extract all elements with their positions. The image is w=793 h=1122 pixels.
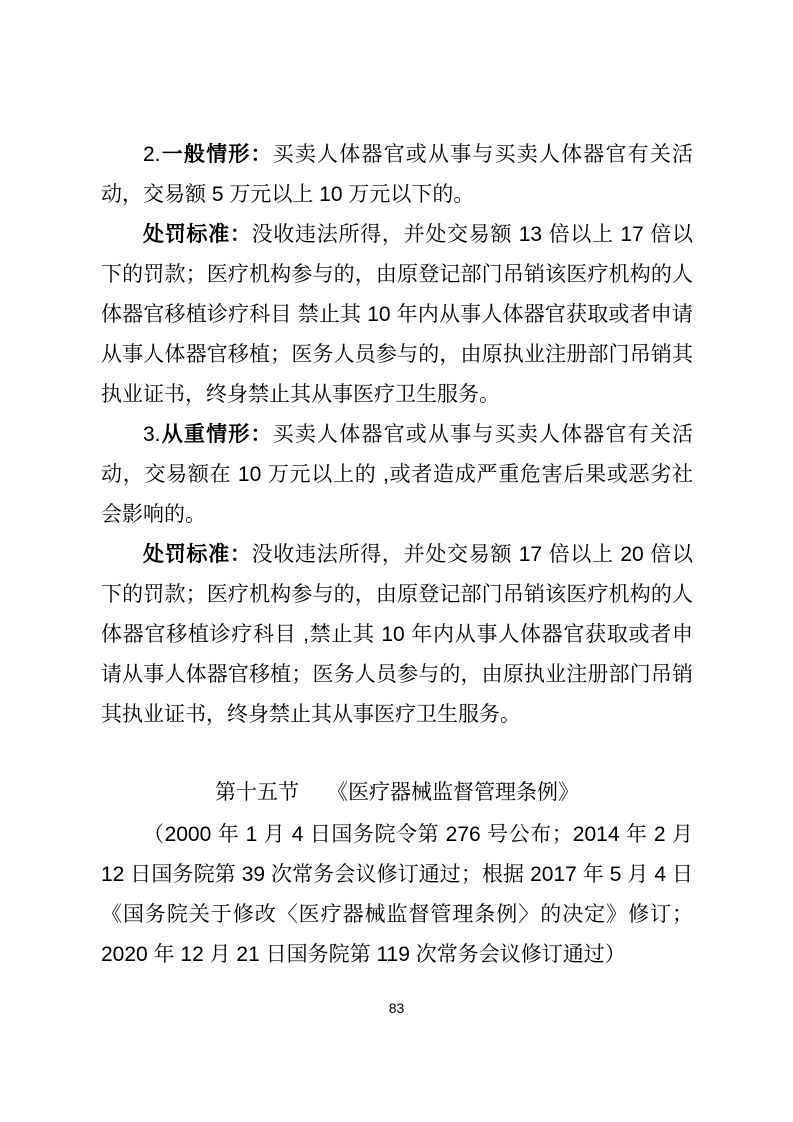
- paragraph-text: 没收违法所得，并处交易额 17 倍以上 20 倍以下的罚款；医疗机构参与的，由原…: [101, 543, 693, 726]
- term-label-aggravated-case: 从重情形：: [161, 423, 273, 446]
- section-title: 《医疗器械监督管理条例》: [327, 781, 579, 804]
- paragraph-penalty-standard-1: 处罚标准：没收违法所得，并处交易额 13 倍以上 17 倍以下的罚款；医疗机构参…: [101, 215, 693, 415]
- paragraph-penalty-standard-2: 处罚标准：没收违法所得，并处交易额 17 倍以上 20 倍以下的罚款；医疗机构参…: [101, 535, 693, 735]
- paragraph-aggravated-case: 3.从重情形：买卖人体器官或从事与买卖人体器官有关活动，交易额在 10 万元以上…: [101, 415, 693, 535]
- list-number: 2.: [143, 143, 161, 166]
- document-page: 2.一般情形：买卖人体器官或从事与买卖人体器官有关活动，交易额 5 万元以上 1…: [0, 0, 793, 1122]
- term-label-penalty-standard: 处罚标准：: [143, 543, 252, 566]
- paragraph-text: 没收违法所得，并处交易额 13 倍以上 17 倍以下的罚款；医疗机构参与的，由原…: [101, 223, 693, 406]
- term-label-penalty-standard: 处罚标准：: [143, 223, 252, 246]
- paragraph-general-case: 2.一般情形：买卖人体器官或从事与买卖人体器官有关活动，交易额 5 万元以上 1…: [101, 135, 693, 215]
- document-body: 2.一般情形：买卖人体器官或从事与买卖人体器官有关活动，交易额 5 万元以上 1…: [101, 135, 693, 975]
- list-number: 3.: [143, 423, 161, 446]
- page-number: 83: [0, 998, 793, 1018]
- section-number: 第十五节: [215, 781, 299, 804]
- section-heading: 第十五节《医疗器械监督管理条例》: [101, 773, 693, 813]
- section-intro: （2000 年 1 月 4 日国务院令第 276 号公布；2014 年 2 月 …: [101, 815, 693, 975]
- term-label-general-case: 一般情形：: [161, 143, 273, 166]
